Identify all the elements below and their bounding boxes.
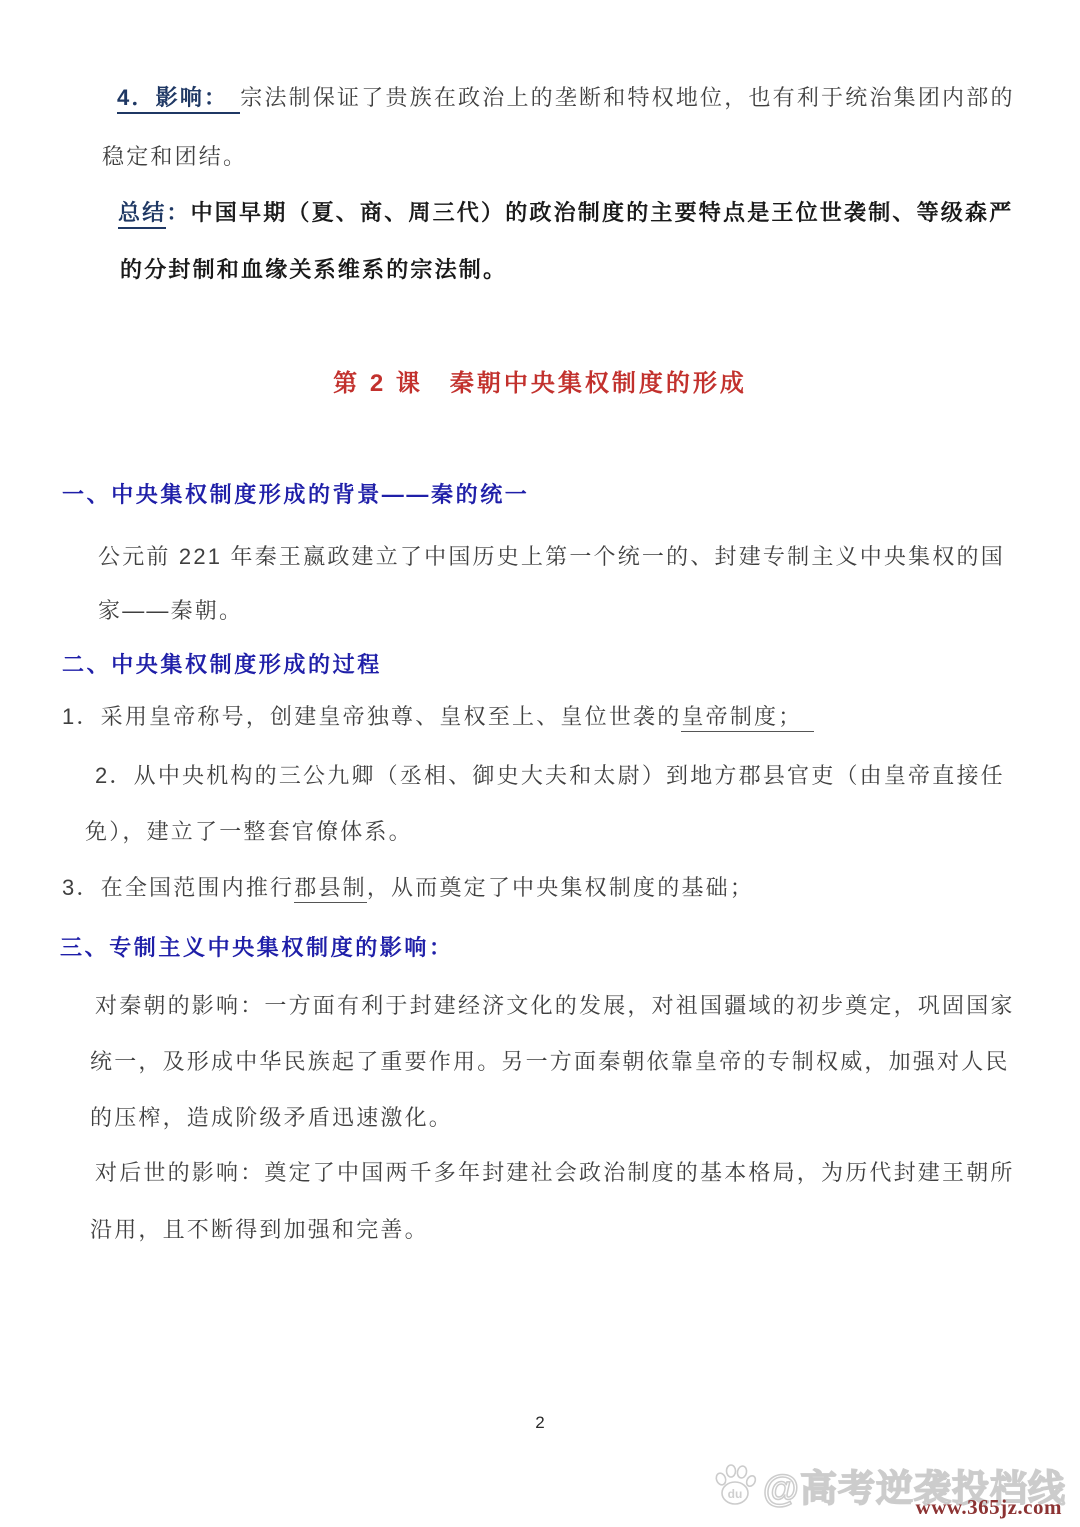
document-page: 4．影响：宗法制保证了贵族在政治上的垄断和特权地位，也有利于统治集团内部的 稳定… bbox=[0, 0, 1080, 1527]
summary-text-2: 的分封制和血缘关系维系的宗法制。 bbox=[120, 257, 507, 282]
section1-heading: 一、中央集权制度形成的背景——秦的统一 bbox=[62, 478, 529, 509]
item1-text: 1．采用皇帝称号，创建皇帝独尊、皇权至上、皇位世袭的 bbox=[62, 704, 681, 729]
paw-icon-label: du bbox=[728, 1487, 743, 1501]
item1-underlined: 皇帝制度； bbox=[681, 704, 814, 732]
item3-text-post: ，从而奠定了中央集权制度的基础； bbox=[367, 875, 754, 900]
qin-text-1: 对秦朝的影响：一方面有利于封建经济文化的发展，对祖国疆域的初步奠定，巩固国家 bbox=[95, 993, 1015, 1018]
paw-icon: du bbox=[711, 1463, 759, 1507]
section3-qin-line-3: 的压榨，造成阶级矛盾迅速激化。 bbox=[90, 1104, 453, 1131]
summary-colon: ： bbox=[166, 200, 190, 225]
section3-heading: 三、专制主义中央集权制度的影响： bbox=[60, 931, 454, 962]
influence-label: 4．影响： bbox=[117, 85, 240, 114]
section2-item2-line-1: 2．从中央机构的三公九卿（丞相、御史大夫和太尉）到地方郡县官吏（由皇帝直接任 bbox=[95, 762, 1005, 789]
line-influence-2: 稳定和团结。 bbox=[102, 143, 247, 170]
summary-text-1: 中国早期（夏、商、周三代）的政治制度的主要特点是王位世袭制、等级森严 bbox=[191, 200, 1014, 225]
influence-text-2: 稳定和团结。 bbox=[102, 144, 247, 169]
watermark-url: www.365jz.com bbox=[916, 1495, 1062, 1520]
influence-text-1: 宗法制保证了贵族在政治上的垄断和特权地位，也有利于统治集团内部的 bbox=[240, 85, 1014, 110]
section2-item2-line-2: 免），建立了一整套官僚体系。 bbox=[85, 818, 413, 845]
summary-label: 总结 bbox=[118, 200, 166, 229]
item2-text-1: 2．从中央机构的三公九卿（丞相、御史大夫和太尉）到地方郡县官吏（由皇帝直接任 bbox=[95, 763, 1005, 788]
lesson-title: 第 2 课 秦朝中央集权制度的形成 bbox=[0, 363, 1080, 398]
item2-text-2: 免），建立了一整套官僚体系。 bbox=[85, 819, 413, 844]
line-influence-1: 4．影响：宗法制保证了贵族在政治上的垄断和特权地位，也有利于统治集团内部的 bbox=[117, 84, 1015, 111]
section1-line-1: 公元前 221 年秦王嬴政建立了中国历史上第一个统一的、封建专制主义中央集权的国 bbox=[98, 543, 1005, 570]
section3-qin-line-2: 统一，及形成中华民族起了重要作用。另一方面秦朝依靠皇帝的专制权威，加强对人民 bbox=[90, 1048, 1010, 1075]
section3-later-line-1: 对后世的影响：奠定了中国两千多年封建社会政治制度的基本格局，为历代封建王朝所 bbox=[95, 1159, 1015, 1186]
page-number: 2 bbox=[0, 1413, 1080, 1433]
section1-text-2: 家——秦朝。 bbox=[98, 598, 243, 623]
section2-item1: 1．采用皇帝称号，创建皇帝独尊、皇权至上、皇位世袭的皇帝制度； bbox=[62, 703, 814, 730]
section3-later-line-2: 沿用，且不断得到加强和完善。 bbox=[90, 1216, 429, 1243]
qin-text-2: 统一，及形成中华民族起了重要作用。另一方面秦朝依靠皇帝的专制权威，加强对人民 bbox=[90, 1049, 1010, 1074]
section1-line-2: 家——秦朝。 bbox=[98, 597, 243, 624]
later-text-1: 对后世的影响：奠定了中国两千多年封建社会政治制度的基本格局，为历代封建王朝所 bbox=[95, 1160, 1015, 1185]
section3-qin-line-1: 对秦朝的影响：一方面有利于封建经济文化的发展，对祖国疆域的初步奠定，巩固国家 bbox=[95, 992, 1015, 1019]
line-summary-2: 的分封制和血缘关系维系的宗法制。 bbox=[120, 256, 507, 283]
section1-text-1: 公元前 221 年秦王嬴政建立了中国历史上第一个统一的、封建专制主义中央集权的国 bbox=[98, 544, 1005, 569]
qin-text-3: 的压榨，造成阶级矛盾迅速激化。 bbox=[90, 1105, 453, 1130]
item3-text-pre: 3．在全国范围内推行 bbox=[62, 875, 294, 900]
item3-underlined: 郡县制 bbox=[294, 875, 367, 903]
section2-heading: 二、中央集权制度形成的过程 bbox=[62, 648, 382, 679]
line-summary-1: 总结：中国早期（夏、商、周三代）的政治制度的主要特点是王位世袭制、等级森严 bbox=[118, 199, 1013, 226]
later-text-2: 沿用，且不断得到加强和完善。 bbox=[90, 1217, 429, 1242]
section2-item3: 3．在全国范围内推行郡县制，从而奠定了中央集权制度的基础； bbox=[62, 874, 754, 901]
